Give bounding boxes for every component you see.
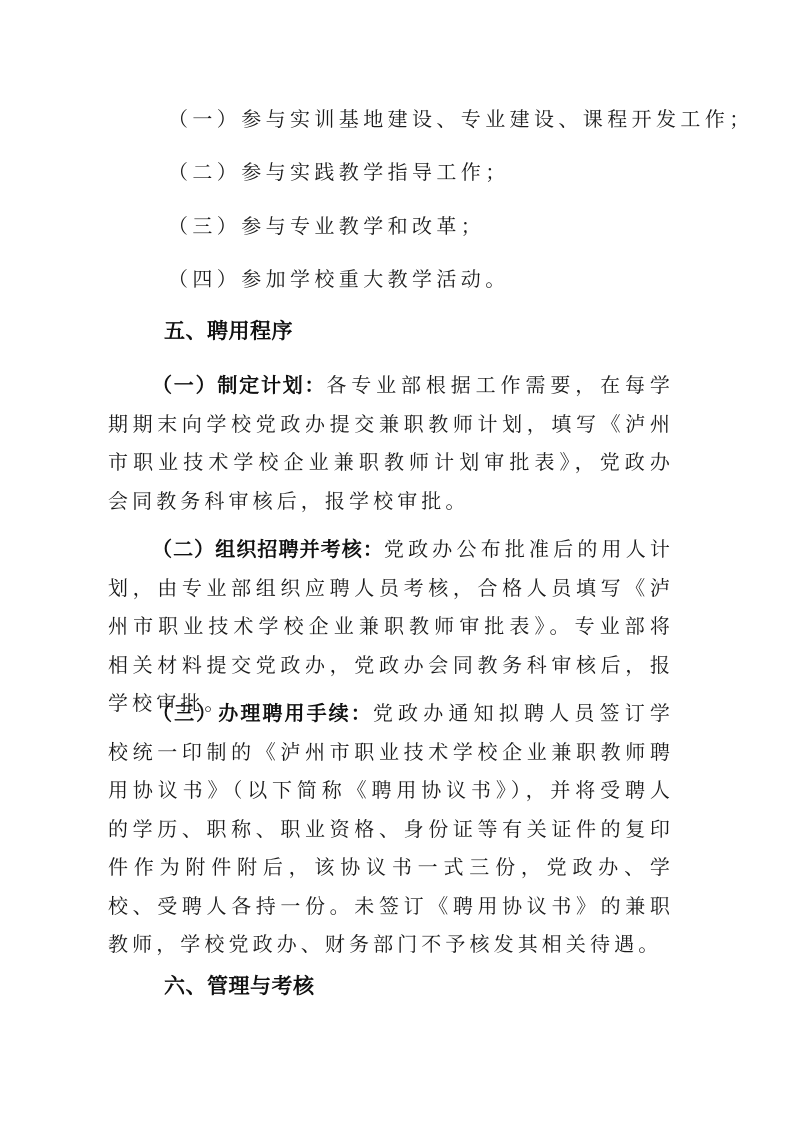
paragraph-lead: （一）制定计划： (152, 373, 326, 397)
section-heading-management-assessment: 六、管理与考核 (164, 973, 315, 999)
list-item: （三）参与专业教学和改革； (168, 213, 485, 239)
paragraph-hiring-formalities: （三）办理聘用手续：党政办通知拟聘人员签订学校统一印制的《泸州市职业技术学校企业… (108, 694, 674, 964)
list-item: （一）参与实训基地建设、专业建设、课程开发工作； (168, 106, 754, 132)
paragraph-body: 党政办通知拟聘人员签订学校统一印制的《泸州市职业技术学校企业兼职教师聘用协议书》… (108, 701, 674, 956)
paragraph-body: 党政办公布批准后的用人计划，由专业部组织应聘人员考核，合格人员填写《泸州市职业技… (108, 537, 674, 715)
section-heading-hiring-procedure: 五、聘用程序 (164, 318, 293, 344)
paragraph-make-plan: （一）制定计划：各专业部根据工作需要，在每学期期末向学校党政办提交兼职教师计划，… (108, 366, 674, 520)
list-item: （二）参与实践教学指导工作； (168, 159, 510, 185)
paragraph-lead: （三）办理聘用手续： (152, 701, 373, 725)
list-item: （四）参加学校重大教学活动。 (168, 266, 510, 292)
paragraph-lead: （二）组织招聘并考核： (152, 537, 384, 561)
